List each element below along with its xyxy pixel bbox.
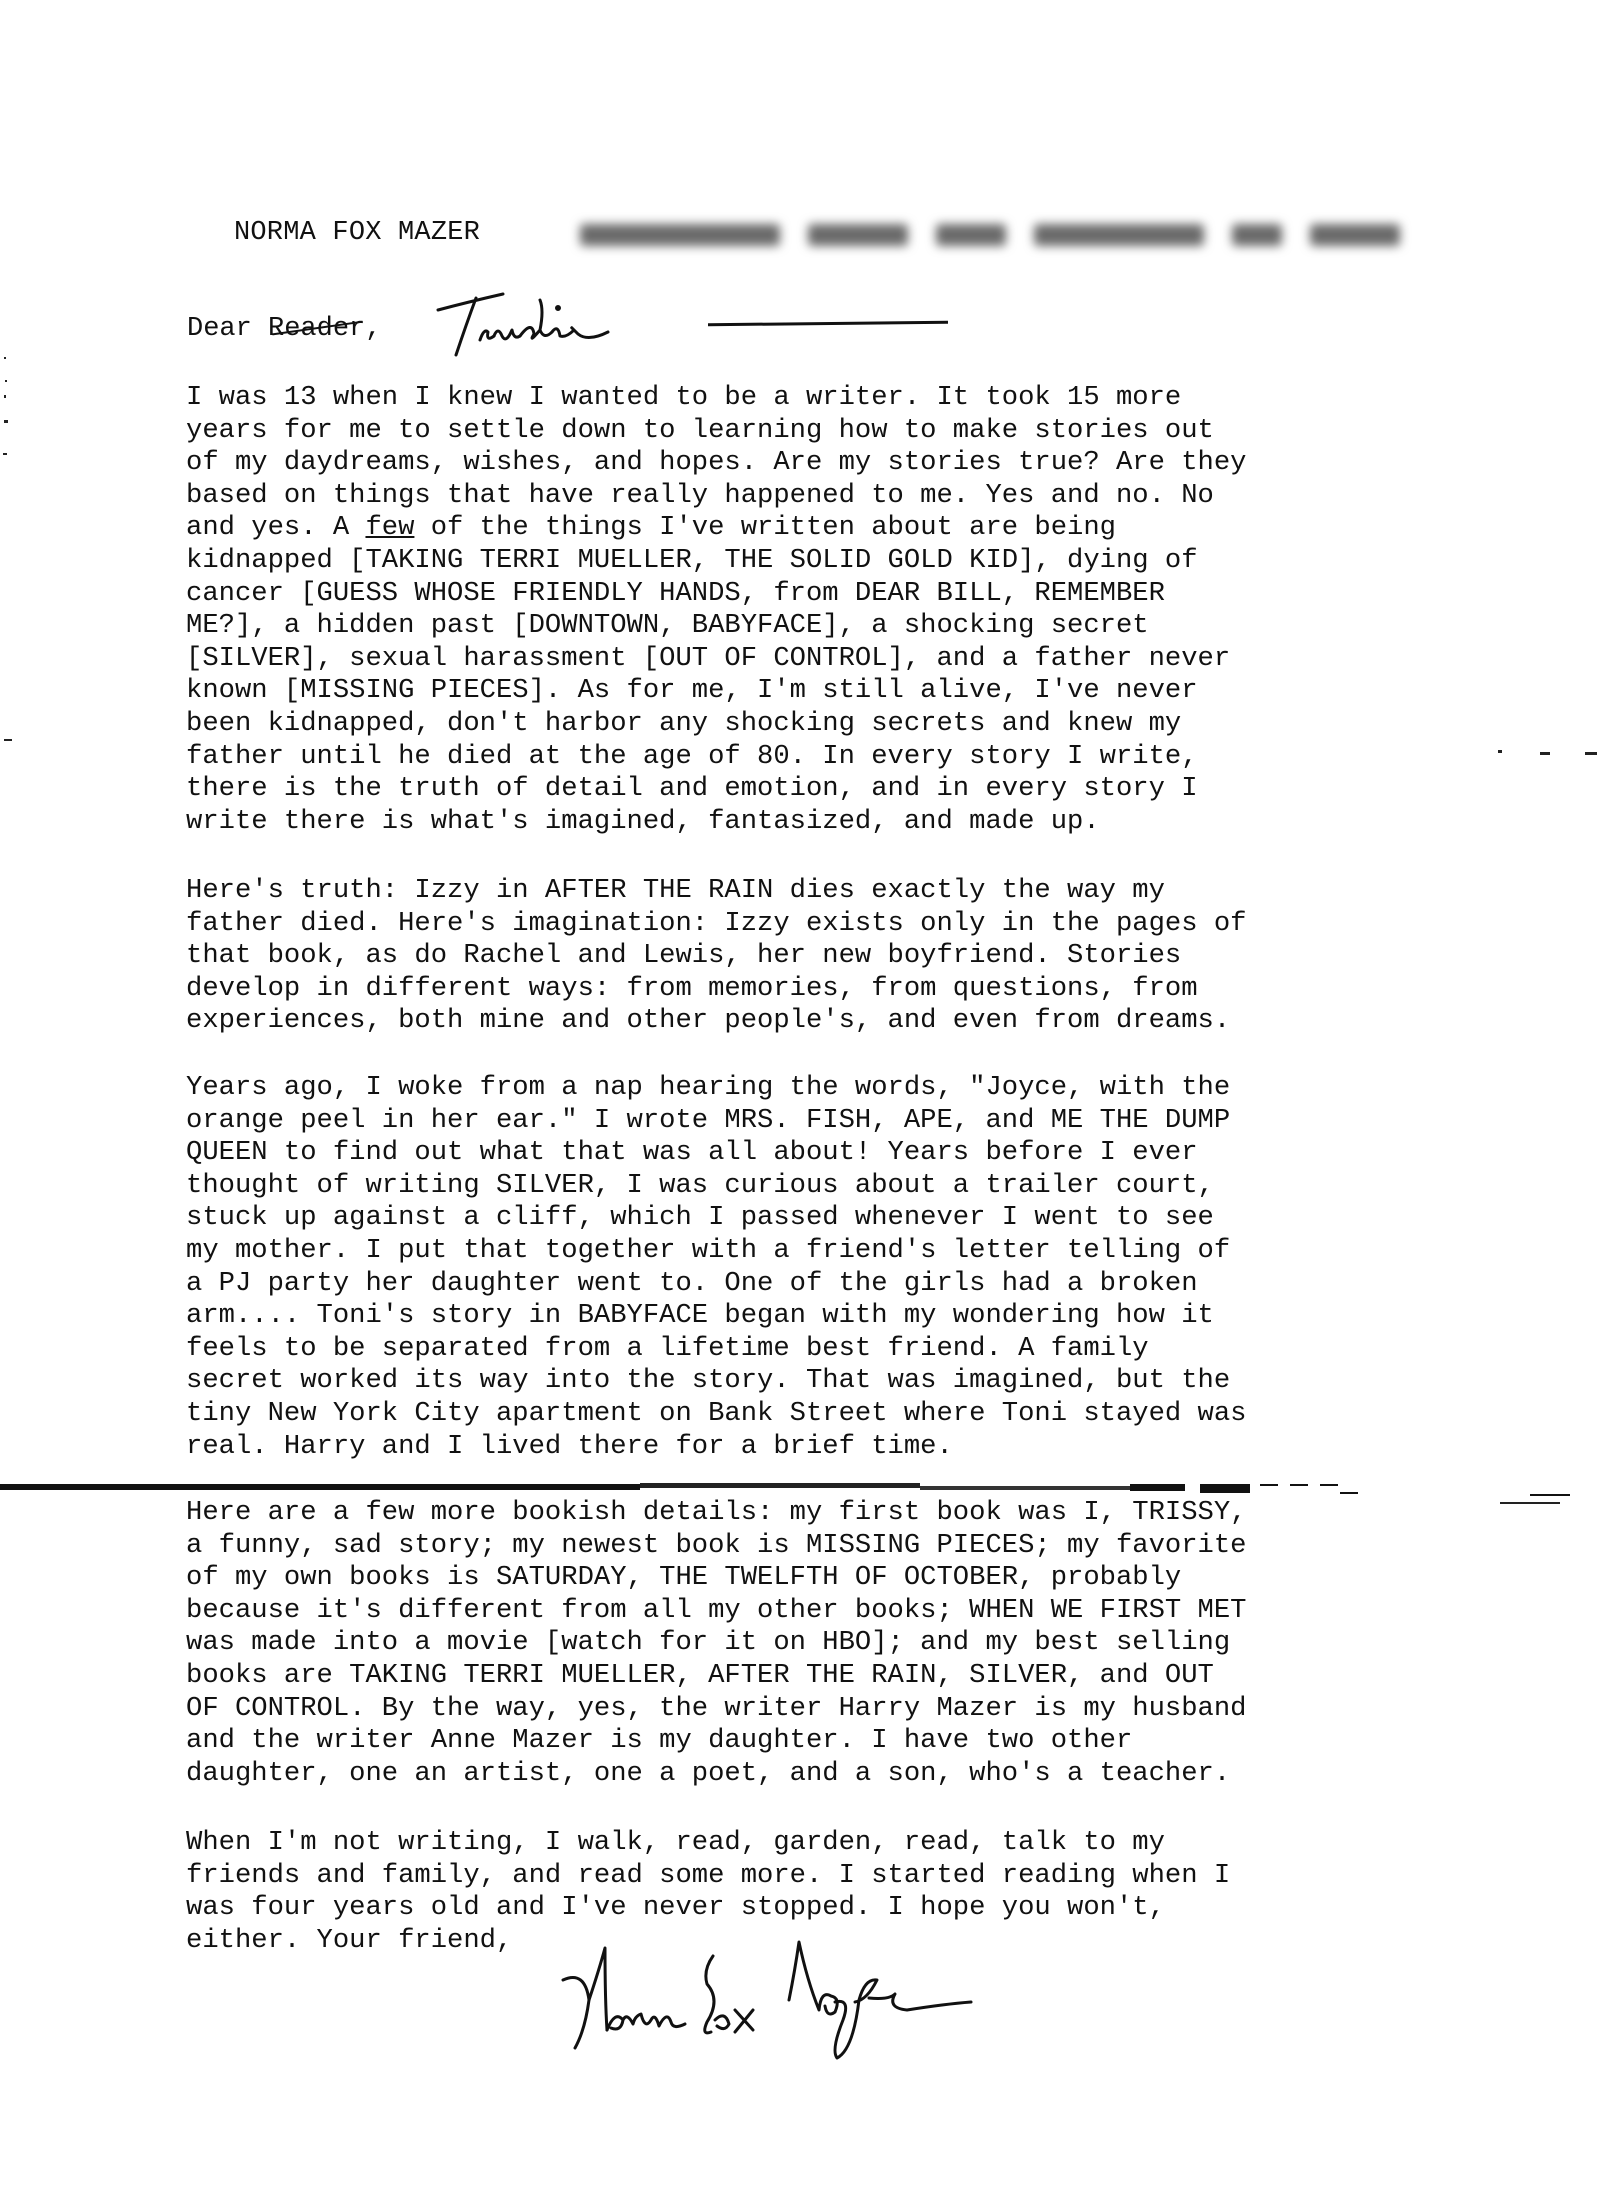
scan-speck	[4, 395, 6, 398]
text-line: tiny New York City apartment on Bank Str…	[186, 1398, 1516, 1431]
text-line: Here's truth: Izzy in AFTER THE RAIN die…	[186, 875, 1516, 908]
paragraph-4: Here are a few more bookish details: my …	[186, 1497, 1516, 1790]
text-line: of my own books is SATURDAY, THE TWELFTH…	[186, 1562, 1516, 1595]
text-line: there is the truth of detail and emotion…	[186, 773, 1516, 806]
text-line: that book, as do Rachel and Lewis, her n…	[186, 940, 1516, 973]
text-line: a funny, sad story; my newest book is MI…	[186, 1530, 1516, 1563]
text-line: secret worked its way into the story. Th…	[186, 1365, 1516, 1398]
scan-speck	[3, 453, 7, 455]
text-line: feels to be separated from a lifetime be…	[186, 1333, 1516, 1366]
scan-artifact-bar	[0, 1478, 1608, 1498]
text-line: based on things that have really happene…	[186, 480, 1516, 513]
text-line: kidnapped [TAKING TERRI MUELLER, THE SOL…	[186, 545, 1516, 578]
salutation-prefix: Dear	[187, 314, 268, 344]
text-line: real. Harry and I lived there for a brie…	[186, 1431, 1516, 1464]
text-line: Years ago, I woke from a nap hearing the…	[186, 1072, 1516, 1105]
text-line: QUEEN to find out what that was all abou…	[186, 1137, 1516, 1170]
sender-name: NORMA FOX MAZER	[234, 218, 480, 248]
text-line: was four years old and I've never stoppe…	[186, 1892, 1516, 1925]
redacted-address	[580, 215, 1440, 255]
scan-speck	[1500, 1502, 1560, 1504]
text-line: because it's different from all my other…	[186, 1595, 1516, 1628]
paragraph-3: Years ago, I woke from a nap hearing the…	[186, 1072, 1516, 1463]
salutation-suffix: ,	[365, 314, 381, 344]
scan-speck	[1498, 750, 1502, 753]
text-line: books are TAKING TERRI MUELLER, AFTER TH…	[186, 1660, 1516, 1693]
salutation: Dear Reader,	[187, 314, 381, 344]
text-line: arm.... Toni's story in BABYFACE began w…	[186, 1300, 1516, 1333]
text-line: I was 13 when I knew I wanted to be a wr…	[186, 382, 1516, 415]
paragraph-1: I was 13 when I knew I wanted to be a wr…	[186, 382, 1516, 838]
text-line: and yes. A few of the things I've writte…	[186, 512, 1516, 545]
text-line: years for me to settle down to learning …	[186, 415, 1516, 448]
handwritten-signature	[555, 1940, 1095, 2070]
text-line: When I'm not writing, I walk, read, gard…	[186, 1827, 1516, 1860]
scan-speck	[4, 739, 12, 741]
paragraph-5: When I'm not writing, I walk, read, gard…	[186, 1827, 1516, 1957]
scan-speck	[5, 380, 7, 382]
text-line: was made into a movie [watch for it on H…	[186, 1627, 1516, 1660]
handwritten-recipient-name	[428, 280, 638, 360]
text-line: experiences, both mine and other people'…	[186, 1005, 1516, 1038]
text-line: known [MISSING PIECES]. As for me, I'm s…	[186, 675, 1516, 708]
underlined-word: few	[365, 512, 414, 543]
scan-speck	[1585, 752, 1597, 755]
text-line: my mother. I put that together with a fr…	[186, 1235, 1516, 1268]
handwritten-dash	[708, 321, 948, 327]
scan-speck	[4, 357, 6, 359]
text-line: father died. Here's imagination: Izzy ex…	[186, 908, 1516, 941]
text-line: stuck up against a cliff, which I passed…	[186, 1202, 1516, 1235]
text-line: Here are a few more bookish details: my …	[186, 1497, 1516, 1530]
paragraph-2: Here's truth: Izzy in AFTER THE RAIN die…	[186, 875, 1516, 1038]
text-line: daughter, one an artist, one a poet, and…	[186, 1758, 1516, 1791]
text-line: develop in different ways: from memories…	[186, 973, 1516, 1006]
text-line: write there is what's imagined, fantasiz…	[186, 806, 1516, 839]
text-line: father until he died at the age of 80. I…	[186, 741, 1516, 774]
scan-speck	[1540, 752, 1550, 755]
text-line: thought of writing SILVER, I was curious…	[186, 1170, 1516, 1203]
text-line: of my daydreams, wishes, and hopes. Are …	[186, 447, 1516, 480]
text-line: OF CONTROL. By the way, yes, the writer …	[186, 1693, 1516, 1726]
text-line: and the writer Anne Mazer is my daughter…	[186, 1725, 1516, 1758]
letter-page: NORMA FOX MAZER Dear Reader, I was 13 wh…	[0, 0, 1608, 2185]
struck-word: Reader	[268, 314, 365, 344]
text-line: friends and family, and read some more. …	[186, 1860, 1516, 1893]
text-line: a PJ party her daughter went to. One of …	[186, 1268, 1516, 1301]
text-line: ME?], a hidden past [DOWNTOWN, BABYFACE]…	[186, 610, 1516, 643]
text-line: [SILVER], sexual harassment [OUT OF CONT…	[186, 643, 1516, 676]
text-line: been kidnapped, don't harbor any shockin…	[186, 708, 1516, 741]
scan-speck	[4, 420, 8, 423]
text-line: orange peel in her ear." I wrote MRS. FI…	[186, 1105, 1516, 1138]
text-line: cancer [GUESS WHOSE FRIENDLY HANDS, from…	[186, 578, 1516, 611]
